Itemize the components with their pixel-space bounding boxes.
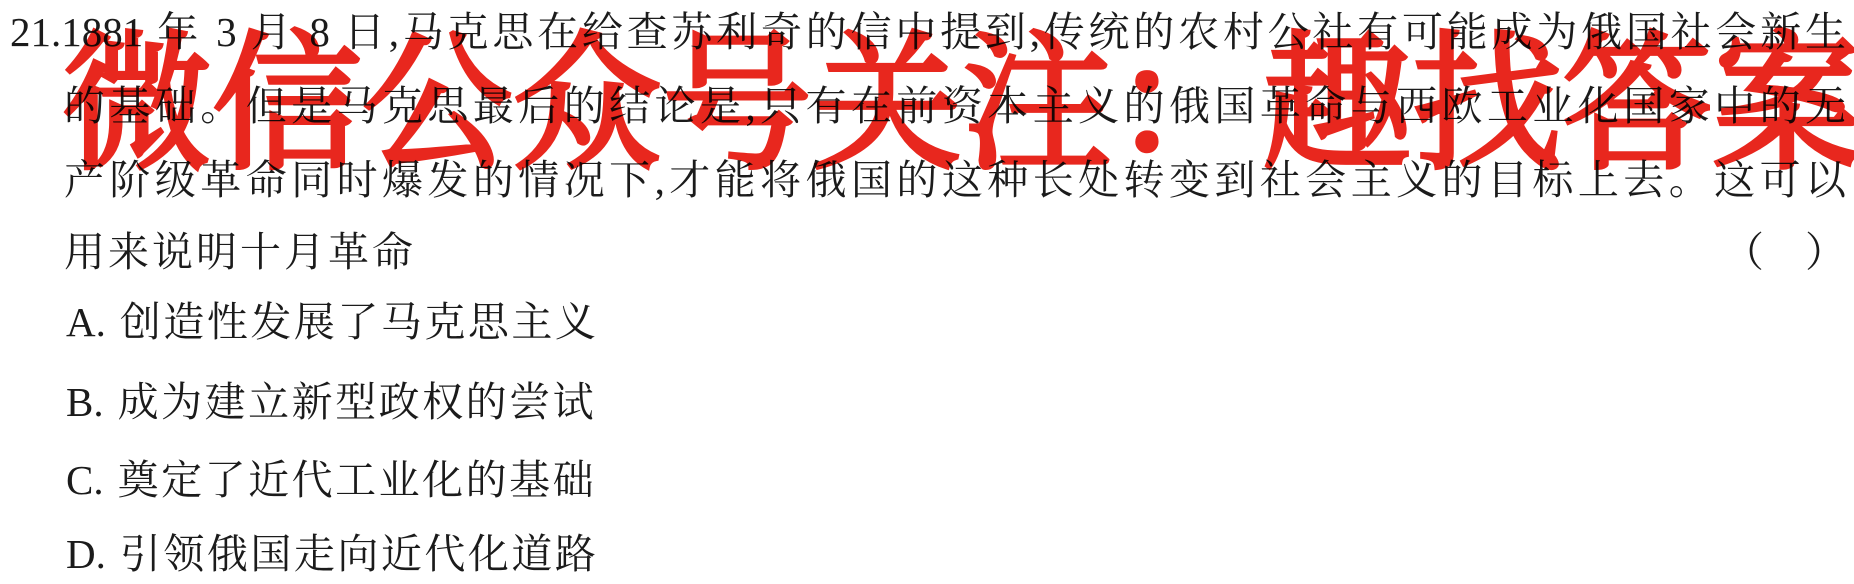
option-a-label: A. — [66, 299, 106, 345]
question-stem-text-4: 用来说明十月革命 — [64, 229, 416, 275]
option-d-label: D. — [66, 531, 106, 577]
option-d: D.引领俄国走向近代化道路 — [66, 532, 598, 577]
question-stem-line-3: 产阶级革命同时爆发的情况下,才能将俄国的这种长处转变到社会主义的目标上去。这可以 — [64, 158, 1846, 203]
option-b-text: 成为建立新型政权的尝试 — [118, 379, 597, 425]
option-c-text: 奠定了近代工业化的基础 — [118, 457, 597, 503]
option-d-text: 引领俄国走向近代化道路 — [120, 531, 599, 577]
question-stem-line-1: 21.1881 年 3 月 8 日,马克思在给查苏利奇的信中提到,传统的农村公社… — [10, 10, 1846, 55]
question-number: 21. — [10, 9, 61, 55]
answer-bracket: （ ） — [1723, 230, 1846, 275]
option-b-label: B. — [66, 379, 104, 425]
question-stem-text-1: 1881 年 3 月 8 日,马克思在给查苏利奇的信中提到,传统的农村公社有可能… — [61, 9, 1846, 55]
option-b: B.成为建立新型政权的尝试 — [66, 380, 596, 425]
option-c-label: C. — [66, 457, 104, 503]
option-a: A.创造性发展了马克思主义 — [66, 300, 598, 345]
question-stem-line-2: 的基础。但是马克思最后的结论是,只有在前资本主义的俄国革命与西欧工业化国家中的无 — [64, 84, 1846, 129]
exam-page: 21.1881 年 3 月 8 日,马克思在给查苏利奇的信中提到,传统的农村公社… — [0, 0, 1854, 584]
question-stem-line-4: 用来说明十月革命 （ ） — [64, 230, 1846, 275]
option-c: C.奠定了近代工业化的基础 — [66, 458, 596, 503]
option-a-text: 创造性发展了马克思主义 — [120, 299, 599, 345]
